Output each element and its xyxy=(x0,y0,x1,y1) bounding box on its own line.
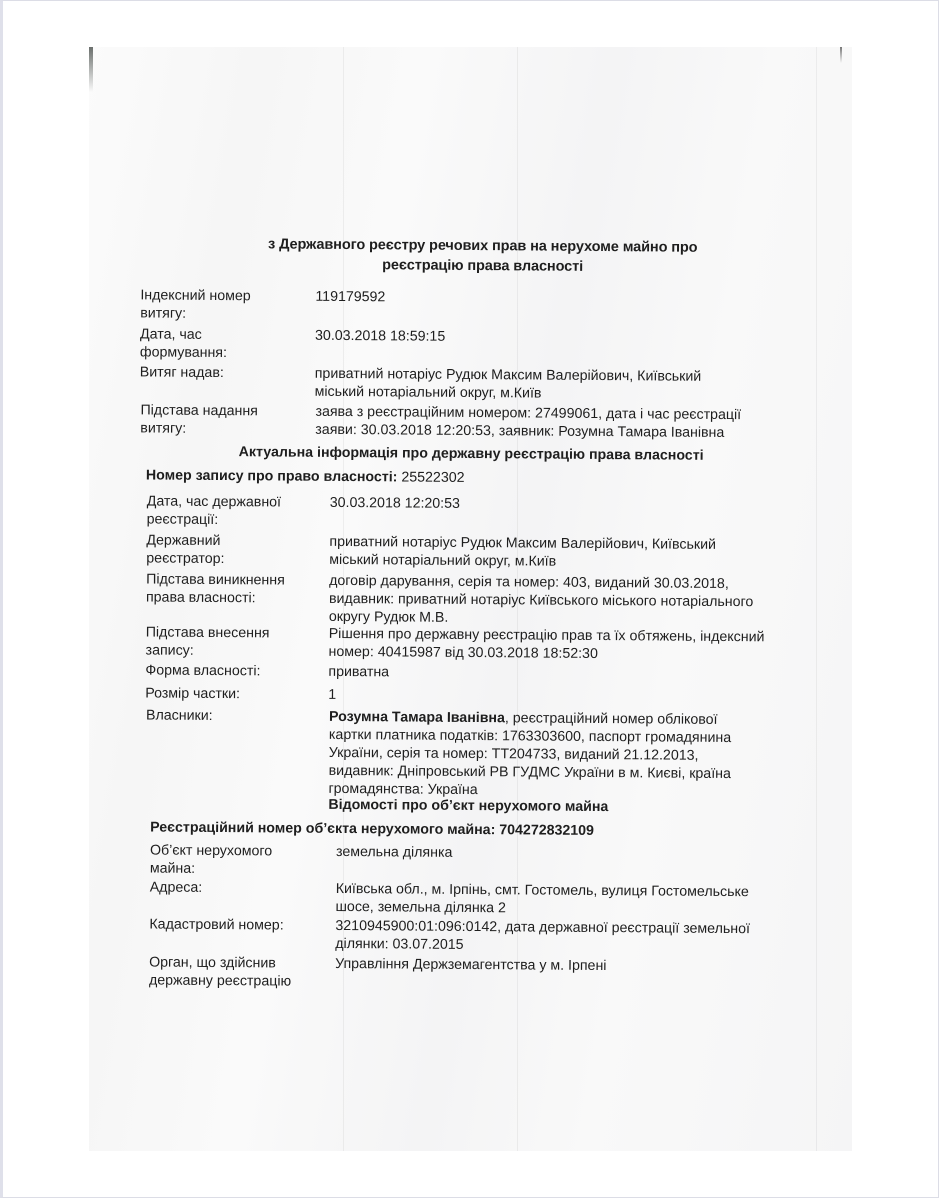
field-label: Державнийреєстратор: xyxy=(146,531,326,568)
field-label: Підстава надання витягу: xyxy=(140,401,320,438)
field-label: Кадастровий номер: xyxy=(149,915,329,934)
field-label: Власники: xyxy=(146,706,326,725)
field-value: приватна xyxy=(328,663,808,685)
field-value: договір дарування, серія та номер: 403, … xyxy=(329,572,809,630)
field-value: Київська обл., м. Ірпінь, смт. Гостомель… xyxy=(336,880,816,920)
field-label: Підстава виникненняправа власності: xyxy=(146,570,326,607)
owner-details: Розумна Тамара Іванівна, реєстраційний н… xyxy=(328,708,809,802)
field-value: 30.03.2018 12:20:53 xyxy=(330,494,810,516)
field-value: Управління Держземагентства у м. Ірпені xyxy=(335,955,815,977)
field-value: приватний нотаріус Рудюк Максим Валерійо… xyxy=(329,533,809,573)
field-label: Об’єкт нерухомогомайна: xyxy=(150,841,330,878)
field-label: Витяг надав: xyxy=(140,363,320,382)
section-heading-object: Відомості про об’єкт нерухомого майна xyxy=(148,794,788,817)
field-label: Дата, час державноїреєстрації: xyxy=(147,492,327,529)
owner-name: Розумна Тамара Іванівна xyxy=(329,709,505,726)
field-value: земельна ділянка xyxy=(336,843,816,865)
field-value: Рішення про державну реєстрацію прав та … xyxy=(329,625,809,665)
field-label: Орган, що здійснивдержавну реєстрацію xyxy=(149,953,329,990)
section-heading-current: Актуальна інформація про державну реєстр… xyxy=(151,442,791,465)
field-label: Розмір частки: xyxy=(145,684,325,703)
field-value: 30.03.2018 18:59:15 xyxy=(315,327,795,349)
field-value: 119179592 xyxy=(315,288,795,310)
document-content: з Державного реєстру речових прав на нер… xyxy=(0,0,941,1200)
ownership-record-number: Номер запису про право власності: 255223… xyxy=(146,466,465,487)
field-value: 1 xyxy=(328,686,808,708)
field-value: 3210945900:01:096:0142, дата державної р… xyxy=(335,917,815,957)
field-value: приватний нотаріус Рудюк Максим Валерійо… xyxy=(315,365,795,405)
document-title: з Державного реєстру речових прав на нер… xyxy=(203,234,763,278)
field-label: Форма власності: xyxy=(145,661,325,680)
field-label: Індексний номер витягу: xyxy=(140,286,320,323)
object-registration-number: Реєстраційний номер об’єкта нерухомого м… xyxy=(150,818,594,839)
field-value: заява з реєстраційним номером: 27499061,… xyxy=(315,403,795,443)
field-label: Дата, час формування: xyxy=(140,325,320,362)
field-label: Підстава внесеннязапису: xyxy=(146,623,326,660)
field-label: Адреса: xyxy=(150,878,330,897)
